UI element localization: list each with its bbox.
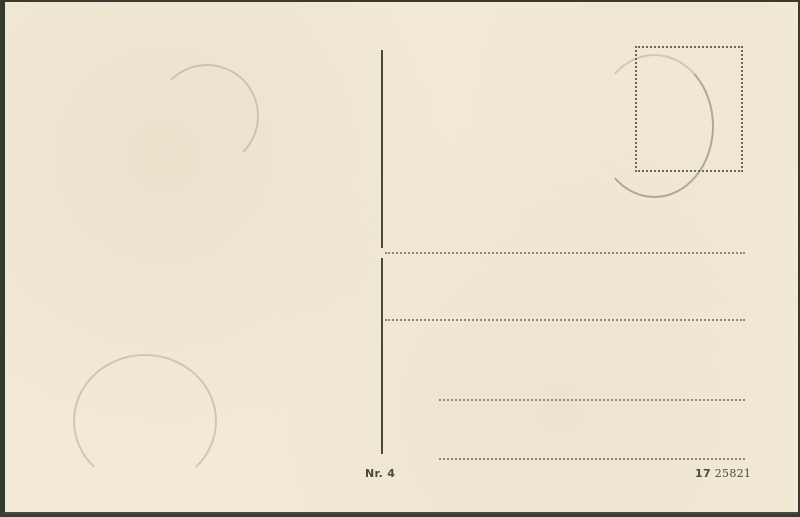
postmark-stamp-top-left: [155, 64, 259, 168]
stamp-box: [635, 46, 743, 172]
address-line-1: [385, 252, 745, 254]
serial-digits: 25821: [715, 467, 752, 480]
postcard-back: Nr. 4 17 25821: [2, 2, 798, 514]
address-line-3: [439, 399, 745, 401]
center-divider-line-lower: [381, 258, 383, 454]
postmark-stamp-bottom-left: [73, 354, 217, 488]
serial-number: 17 25821: [695, 467, 751, 480]
address-line-2: [385, 319, 745, 321]
card-number-label: Nr. 4: [365, 467, 395, 480]
center-divider-line-upper: [381, 50, 383, 248]
address-line-4: [439, 458, 745, 460]
serial-prefix: 17: [695, 467, 711, 480]
